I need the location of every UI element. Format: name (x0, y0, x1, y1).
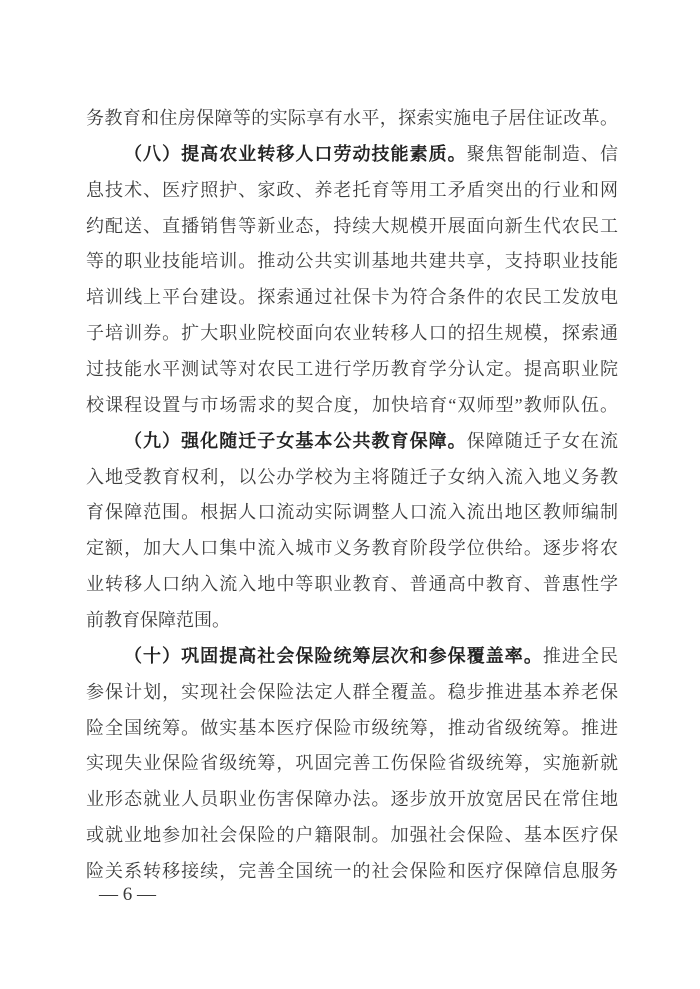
document-line: 险全国统筹。做实基本医疗保险市级统筹，推动省级统筹。推进 (86, 711, 618, 747)
document-page: 务教育和住房保障等的实际享有水平，探索实施电子居住证改革。（八）提高农业转移人口… (0, 0, 700, 989)
page-number: — 6 — (99, 877, 156, 913)
line-text: 险全国统筹。做实基本医疗保险市级统筹，推动省级统筹。推进 (86, 718, 618, 738)
line-text: 聚焦智能制造、信 (467, 144, 618, 164)
line-text: 推进全民 (543, 646, 618, 666)
document-line: （十）巩固提高社会保险统筹层次和参保覆盖率。推进全民 (86, 639, 618, 675)
line-text: 约配送、直播销售等新业态，持续大规模开展面向新生代农民工 (86, 216, 618, 236)
document-line: 培训线上平台建设。探索通过社保卡为符合条件的农民工发放电 (86, 280, 618, 316)
line-text: 过技能水平测试等对农民工进行学历教育学分认定。提高职业院 (86, 359, 618, 379)
document-line: 务教育和住房保障等的实际享有水平，探索实施电子居住证改革。 (86, 101, 618, 137)
line-text: 参保计划，实现社会保险法定人群全覆盖。稳步推进基本养老保 (86, 682, 618, 702)
line-text: 子培训券。扩大职业院校面向农业转移人口的招生规模，探索通 (86, 323, 618, 343)
line-text: 定额，加大人口集中流入城市义务教育阶段学位供给。逐步将农 (86, 538, 618, 558)
paragraph-heading: （十）巩固提高社会保险统筹层次和参保覆盖率。 (124, 646, 543, 666)
line-text: 校课程设置与市场需求的契合度，加快培育“双师型”教师队伍。 (86, 395, 618, 415)
line-text: 险关系转移接续，完善全国统一的社会保险和医疗保障信息服务 (86, 861, 618, 881)
document-line: 或就业地参加社会保险的户籍限制。加强社会保险、基本医疗保 (86, 818, 618, 854)
document-line: （八）提高农业转移人口劳动技能素质。聚焦智能制造、信 (86, 137, 618, 173)
paragraph-heading: （九）强化随迁子女基本公共教育保障。 (124, 431, 467, 451)
document-line: 定额，加大人口集中流入城市义务教育阶段学位供给。逐步将农 (86, 531, 618, 567)
document-line: 息技术、医疗照护、家政、养老托育等用工矛盾突出的行业和网 (86, 173, 618, 209)
document-line: 约配送、直播销售等新业态，持续大规模开展面向新生代农民工 (86, 209, 618, 245)
document-line: （九）强化随迁子女基本公共教育保障。保障随迁子女在流 (86, 424, 618, 460)
line-text: 实现失业保险省级统筹，巩固完善工伤保险省级统筹，实施新就 (86, 753, 618, 773)
line-text: 前教育保障范围。 (86, 610, 230, 630)
line-text: 等的职业技能培训。推动公共实训基地共建共享，支持职业技能 (86, 251, 618, 271)
document-line: 育保障范围。根据人口流动实际调整人口流入流出地区教师编制 (86, 495, 618, 531)
document-line: 实现失业保险省级统筹，巩固完善工伤保险省级统筹，实施新就 (86, 746, 618, 782)
line-text: 务教育和住房保障等的实际享有水平，探索实施电子居住证改革。 (86, 108, 618, 128)
line-text: 入地受教育权利，以公办学校为主将随迁子女纳入流入地义务教 (86, 467, 618, 487)
paragraph-heading: （八）提高农业转移人口劳动技能素质。 (124, 144, 467, 164)
line-text: 保障随迁子女在流 (467, 431, 618, 451)
document-line: 参保计划，实现社会保险法定人群全覆盖。稳步推进基本养老保 (86, 675, 618, 711)
document-line: 业转移人口纳入流入地中等职业教育、普通高中教育、普惠性学 (86, 567, 618, 603)
document-line: 险关系转移接续，完善全国统一的社会保险和医疗保障信息服务 (86, 854, 618, 890)
document-line: 校课程设置与市场需求的契合度，加快培育“双师型”教师队伍。 (86, 388, 618, 424)
document-line: 子培训券。扩大职业院校面向农业转移人口的招生规模，探索通 (86, 316, 618, 352)
document-line: 业形态就业人员职业伤害保障办法。逐步放开放宽居民在常住地 (86, 782, 618, 818)
line-text: 或就业地参加社会保险的户籍限制。加强社会保险、基本医疗保 (86, 825, 618, 845)
line-text: 培训线上平台建设。探索通过社保卡为符合条件的农民工发放电 (86, 287, 618, 307)
line-text: 息技术、医疗照护、家政、养老托育等用工矛盾突出的行业和网 (86, 180, 618, 200)
document-line: 过技能水平测试等对农民工进行学历教育学分认定。提高职业院 (86, 352, 618, 388)
document-body: 务教育和住房保障等的实际享有水平，探索实施电子居住证改革。（八）提高农业转移人口… (86, 101, 618, 890)
document-line: 前教育保障范围。 (86, 603, 618, 639)
line-text: 育保障范围。根据人口流动实际调整人口流入流出地区教师编制 (86, 502, 618, 522)
line-text: 业转移人口纳入流入地中等职业教育、普通高中教育、普惠性学 (86, 574, 618, 594)
document-line: 等的职业技能培训。推动公共实训基地共建共享，支持职业技能 (86, 244, 618, 280)
line-text: 业形态就业人员职业伤害保障办法。逐步放开放宽居民在常住地 (86, 789, 618, 809)
document-line: 入地受教育权利，以公办学校为主将随迁子女纳入流入地义务教 (86, 460, 618, 496)
